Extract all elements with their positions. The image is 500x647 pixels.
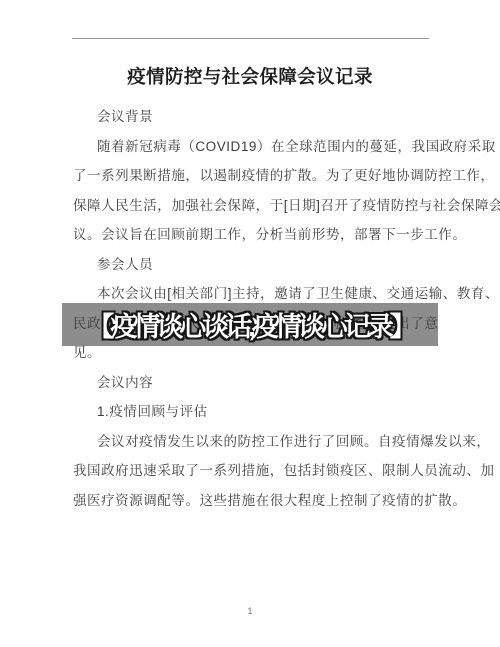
document-title: 疫情防控与社会保障会议记录 [0,63,500,91]
document-line: 参会人员 [73,250,443,280]
header-rule-line [72,38,429,39]
document-line: 议。会议旨在回顾前期工作，分析当前形势，部署下一步工作。 [73,220,443,250]
document-line: 会议背景 [73,102,443,132]
document-line: 我国政府迅速采取了一系列措施，包括封锁疫区、限制人员流动、加 [73,456,443,486]
watermark-text: 【疫情谈心谈话,疫情谈心记录】 [62,303,438,346]
document-line: 了一系列果断措施，以遏制疫情的扩散。为了更好地协调防控工作， [73,161,443,191]
document-line: 1.疫情回顾与评估 [73,397,443,427]
document-line: 保障人民生活，加强社会保障，于[日期]召开了疫情防控与社会保障会 [73,191,443,221]
document-page: 疫情防控与社会保障会议记录 会议背景随着新冠病毒（COVID19）在全球范围内的… [0,0,500,647]
document-line: 强医疗资源调配等。这些措施在很大程度上控制了疫情的扩散。 [73,486,443,516]
document-line: 会议内容 [73,368,443,398]
document-line: 随着新冠病毒（COVID19）在全球范围内的蔓延，我国政府采取 [73,132,443,162]
page-number: 1 [0,606,500,616]
document-line: 会议对疫情发生以来的防控工作进行了回顾。自疫情爆发以来， [73,427,443,457]
